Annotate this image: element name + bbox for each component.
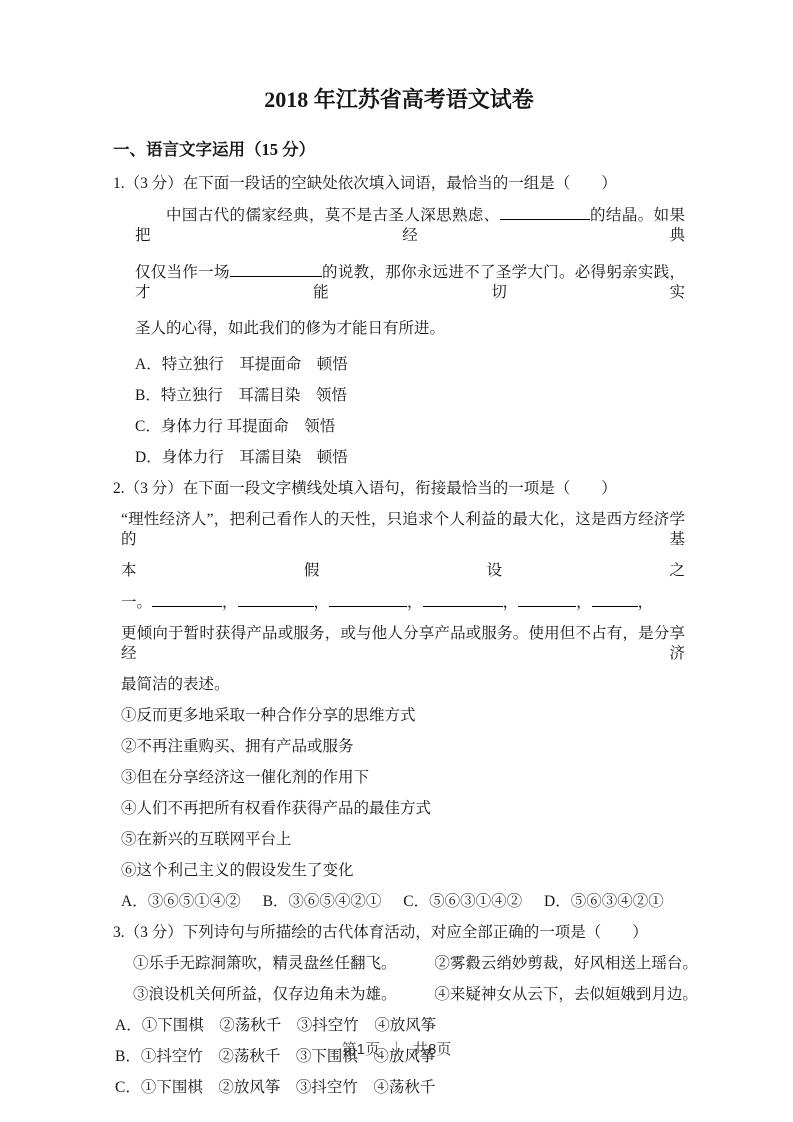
q3-poem-3: ③浪设机关何所益，仅存边角未为雄。 (133, 986, 397, 1003)
q2-spread-char-2: 假 (304, 561, 320, 581)
q2-comma: ， (638, 594, 654, 611)
q2-item-6: ⑥这个利己主义的假设发生了变化 (121, 861, 685, 881)
q2-comma: ， (314, 594, 330, 611)
q1-option-d: D．身体力行 耳濡目染 顿悟 (135, 448, 685, 468)
q2-comma: ， (222, 594, 238, 611)
section-heading: 一、语言文字运用（15 分） (113, 140, 685, 160)
q3-poem-2: ②雾縠云绡妙剪裁，好风相送上瑶台。 (434, 955, 698, 972)
exam-page: 2018 年江苏省高考语文试卷 一、语言文字运用（15 分） 1.（3 分）在下… (0, 0, 793, 1122)
blank-underline (592, 592, 638, 607)
q3-option-c: C．①下围棋 ②放风筝 ③抖空竹 ④荡秋千 (115, 1078, 685, 1098)
q2-spread-char-1: 本 (121, 561, 137, 581)
q2-item-1: ①反而更多地采取一种合作分享的思维方式 (121, 706, 685, 726)
blank-underline (230, 262, 322, 277)
blank-underline (329, 592, 407, 607)
blank-underline (500, 205, 590, 220)
q2-blanks-line: 一。，，，，，， (121, 592, 685, 613)
q2-item-5: ⑤在新兴的互联网平台上 (121, 830, 685, 850)
footer-separator: ｜ (389, 1041, 404, 1058)
blank-underline (152, 592, 222, 607)
q3-poem-1: ①乐手无踪洞箫吹，精灵盘丝任翻飞。 (133, 955, 397, 972)
blank-underline (238, 592, 314, 607)
q1-passage-line-2: 仅仅当作一场的说教，那你永远进不了圣学大门。必得躬亲实践，才能切实 (135, 262, 685, 303)
q2-option-a: A．③⑥⑤①④② (121, 893, 241, 910)
q3-poems-line-2: ③浪设机关何所益，仅存边角未为雄。 ④来疑神女从云下，去似姮娥到月边。 (133, 985, 685, 1005)
q1-p1-text-pre: 中国古代的儒家经典，莫不是古圣人深思熟虑、 (166, 207, 500, 224)
q2-answer-options: A．③⑥⑤①④② B．③⑥⑤④②① C．⑤⑥③①④② D．⑤⑥③④②① (121, 892, 685, 912)
q2-option-d: D．⑤⑥③④②① (544, 893, 664, 910)
q2-passage-spread-line: 本 假 设 之 (121, 561, 685, 581)
page-content: 2018 年江苏省高考语文试卷 一、语言文字运用（15 分） 1.（3 分）在下… (0, 0, 793, 1098)
q2-blank-prefix: 一。 (121, 594, 152, 611)
q1-p2-text-pre: 仅仅当作一场 (135, 264, 230, 281)
q2-option-b: B．③⑥⑤④②① (263, 893, 382, 910)
q1-passage-line-3: 圣人的心得，如此我们的修为才能日有所进。 (135, 319, 685, 339)
q1-option-c: C．身体力行 耳提面命 领悟 (135, 417, 685, 437)
q1-passage-line-1: 中国古代的儒家经典，莫不是古圣人深思熟虑、的结晶。如果把经典 (135, 205, 685, 246)
q2-item-3: ③但在分享经济这一催化剂的作用下 (121, 768, 685, 788)
q2-comma: ， (503, 594, 519, 611)
q2-passage-line-1: “理性经济人”，把利己看作人的天性，只追求个人利益的最大化，这是西方经济学的基 (121, 510, 685, 550)
q2-passage-line-4: 最简洁的表述。 (121, 675, 685, 695)
q3-option-a: A．①下围棋 ②荡秋千 ③抖空竹 ④放风筝 (115, 1016, 685, 1036)
q1-option-b: B．特立独行 耳濡目染 领悟 (135, 386, 685, 406)
page-footer: 第1页｜共8页 (0, 1038, 793, 1059)
page-title: 2018 年江苏省高考语文试卷 (113, 86, 685, 114)
q2-spread-char-4: 之 (669, 561, 685, 581)
footer-total-pages: 共8页 (413, 1041, 451, 1058)
blank-underline (518, 592, 576, 607)
blank-underline (423, 592, 503, 607)
q2-comma: ， (576, 594, 592, 611)
q3-poem-4: ④来疑神女从云下，去似姮娥到月边。 (434, 986, 698, 1003)
q1-option-a: A．特立独行 耳提面命 顿悟 (135, 355, 685, 375)
q2-comma: ， (407, 594, 423, 611)
q2-spread-char-3: 设 (487, 561, 503, 581)
q3-poems-line-1: ①乐手无踪洞箫吹，精灵盘丝任翻飞。 ②雾縠云绡妙剪裁，好风相送上瑶台。 (133, 954, 685, 974)
q2-passage-line-3: 更倾向于暂时获得产品或服务，或与他人分享产品或服务。使用但不占有，是分享经济 (121, 624, 685, 664)
q1-stem: 1.（3 分）在下面一段话的空缺处依次填入词语，最恰当的一组是（ ） (113, 174, 685, 194)
q2-option-c: C．⑤⑥③①④② (403, 893, 522, 910)
footer-page-number: 第1页 (342, 1041, 380, 1058)
q2-item-4: ④人们不再把所有权看作获得产品的最佳方式 (121, 799, 685, 819)
q2-stem: 2.（3 分）在下面一段文字横线处填入语句，衔接最恰当的一项是（ ） (113, 479, 685, 499)
q3-stem: 3.（3 分）下列诗句与所描绘的古代体育活动，对应全部正确的一项是（ ） (113, 923, 685, 943)
q2-item-2: ②不再注重购买、拥有产品或服务 (121, 737, 685, 757)
